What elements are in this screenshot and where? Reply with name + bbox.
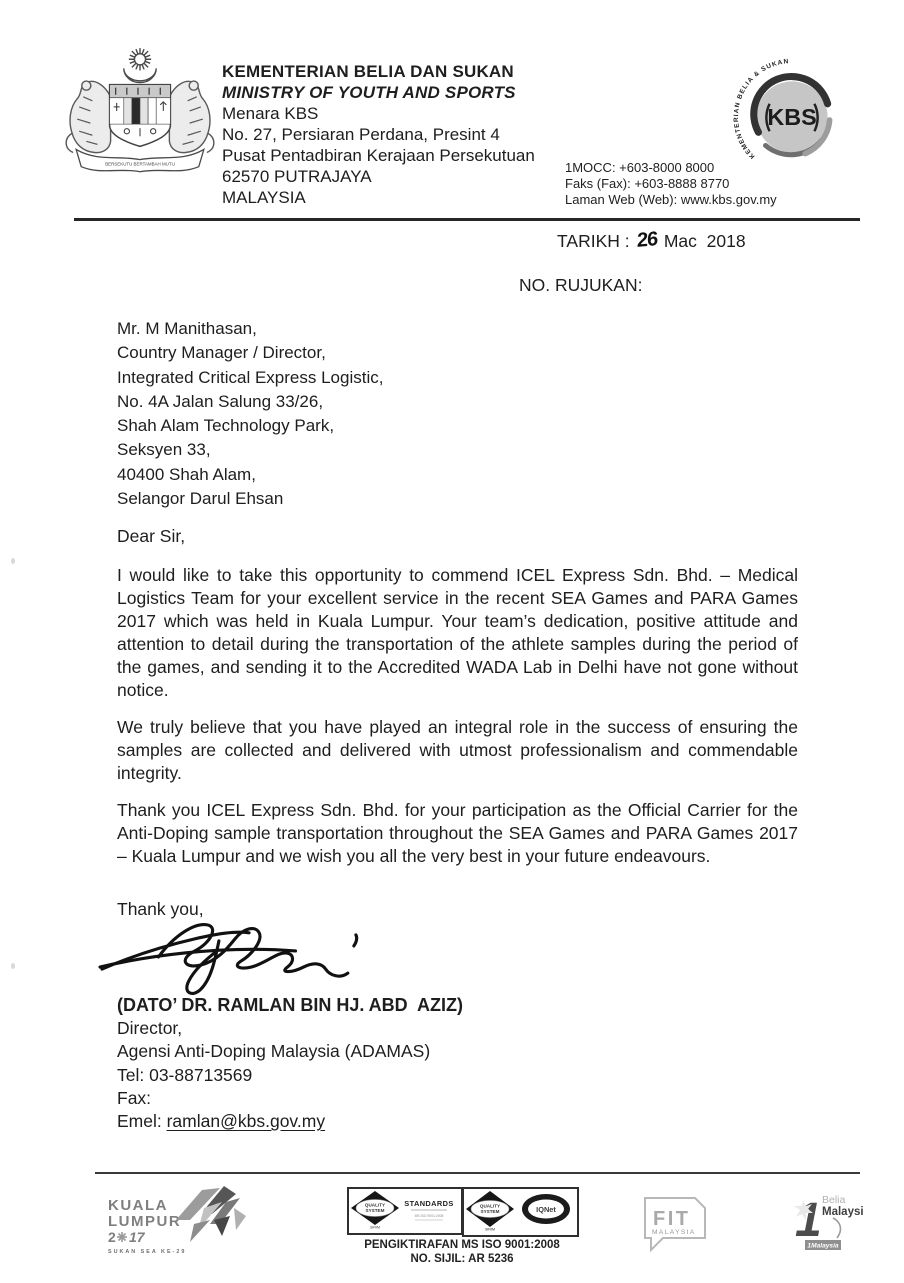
ministry-name-english: MINISTRY OF YOUTH AND SPORTS [222, 82, 535, 103]
handwritten-date-day: 26 [636, 230, 656, 250]
email-link[interactable]: ramlan@kbs.gov.my [167, 1111, 325, 1131]
scan-artifact [11, 558, 15, 564]
fit-malaysia-word: MALAYSIA [652, 1229, 696, 1236]
malaysia-coat-of-arms: BERSEKUTU BERTAMBAH MUTU [64, 44, 216, 186]
quality-word: QUALITY [365, 1203, 385, 1208]
signature-scribble [98, 910, 370, 1002]
contact-web: Laman Web (Web): www.kbs.gov.my [565, 192, 777, 208]
body-paragraph-2: We truly believe that you have played an… [117, 716, 798, 785]
address-line: 62570 PUTRAJAYA [222, 166, 535, 187]
date-month-year: Mac 2018 [664, 231, 746, 252]
address-line: Menara KBS [222, 103, 535, 124]
sirim-iqnet-cert-logo: QUALITY SYSTEM SIRIM IQNet [462, 1187, 579, 1237]
iqnet-word: IQNet [536, 1205, 556, 1214]
cert-caption-line1: PENGIKTIRAFAN MS ISO 9001:2008 [336, 1239, 588, 1253]
belia-badge-text: 1Malaysia [807, 1243, 838, 1250]
kl2017-sea-games-logo: KUALA LUMPUR 2 17 SUKAN SEA KE-29 [98, 1186, 258, 1258]
recipient-line: Selangor Darul Ehsan [117, 487, 383, 511]
crest-shield [110, 85, 171, 147]
recipient-line: Country Manager / Director, [117, 341, 383, 365]
belia-word: Belia [822, 1194, 846, 1206]
sirim-iqnet-cert-graphic: QUALITY SYSTEM SIRIM IQNet [464, 1189, 573, 1231]
crest-motto: BERSEKUTU BERTAMBAH MUTU [105, 162, 175, 167]
system-word: SYSTEM [481, 1209, 500, 1214]
footer-divider [95, 1172, 860, 1174]
belia-swoosh [833, 1218, 840, 1238]
sirim-standards-cert-graphic: QUALITY SYSTEM SIRIM STANDARDS MS ISO 90… [349, 1189, 457, 1229]
ministry-address-block: KEMENTERIAN BELIA DAN SUKAN MINISTRY OF … [222, 61, 535, 208]
scan-artifact [11, 963, 15, 969]
standards-word: STANDARDS [404, 1199, 453, 1208]
kbs-logo: KBS KEMENTERIAN BELIA & SUKAN | MINISTRY… [733, 58, 851, 176]
signer-name: (DATO’ DR. RAMLAN BIN HJ. ABD AZIZ) [117, 994, 463, 1017]
sirim-word: SIRIM [485, 1227, 495, 1231]
recipient-address-block: Mr. M Manithasan, Country Manager / Dire… [117, 317, 383, 511]
signer-fax: Fax: [117, 1087, 463, 1110]
date-line: TARIKH : 26 Mac 2018 [557, 231, 746, 252]
kl2017-graphic [176, 1186, 246, 1242]
contact-block: 1MOCC: +603-8000 8000 Faks (Fax): +603-8… [565, 160, 777, 208]
belia-malaysia-logo: 1 Belia Malaysia 1Malaysia [793, 1190, 863, 1254]
recipient-line: Mr. M Manithasan, [117, 317, 383, 341]
body-paragraph-3: Thank you ICEL Express Sdn. Bhd. for you… [117, 799, 798, 868]
belia-malaysia-word: Malaysia [822, 1206, 863, 1218]
kl2017-tagline: SUKAN SEA KE-29 [108, 1249, 186, 1255]
recipient-line: Seksyen 33, [117, 438, 383, 462]
fit-word: FIT [653, 1208, 691, 1230]
standards-subtext: MS ISO 9001:2008 [415, 1214, 444, 1218]
address-line: Pusat Pentadbiran Kerajaan Persekutuan [222, 145, 535, 166]
crest-star-crescent [124, 48, 156, 82]
address-line: MALAYSIA [222, 187, 535, 208]
sirim-word: SIRIM [370, 1225, 380, 1229]
sirim-standards-cert-logo: QUALITY SYSTEM SIRIM STANDARDS MS ISO 90… [347, 1187, 463, 1235]
recipient-line: Shah Alam Technology Park, [117, 414, 383, 438]
kl2017-year-left: 2 [108, 1229, 116, 1245]
kl2017-line1: KUALA [108, 1197, 168, 1214]
letterhead-divider [74, 218, 860, 221]
scanned-letter-page: BERSEKUTU BERTAMBAH MUTU KEMENTERIAN BEL… [0, 0, 904, 1283]
signer-telephone: Tel: 03-88713569 [117, 1064, 463, 1087]
salutation: Dear Sir, [117, 526, 185, 547]
address-line: No. 27, Persiaran Perdana, Presint 4 [222, 124, 535, 145]
email-label: Emel: [117, 1111, 162, 1131]
recipient-line: 40400 Shah Alam, [117, 463, 383, 487]
kl2017-line2: LUMPUR [108, 1213, 181, 1230]
body-paragraph-1: I would like to take this opportunity to… [117, 564, 798, 702]
recipient-line: Integrated Critical Express Logistic, [117, 366, 383, 390]
contact-phone: 1MOCC: +603-8000 8000 [565, 160, 777, 176]
signer-block: (DATO’ DR. RAMLAN BIN HJ. ABD AZIZ) Dire… [117, 994, 463, 1133]
kbs-logo-center-text: KBS [767, 104, 816, 130]
recipient-line: No. 4A Jalan Salung 33/26, [117, 390, 383, 414]
date-label: TARIKH : [557, 231, 630, 252]
signer-title: Director, [117, 1017, 463, 1040]
cert-caption-line2: NO. SIJIL: AR 5236 [336, 1253, 588, 1267]
ministry-name-malay: KEMENTERIAN BELIA DAN SUKAN [222, 61, 535, 82]
belia-numeral: 1 [795, 1194, 822, 1247]
reference-number-label: NO. RUJUKAN: [519, 275, 642, 296]
kl2017-flower-zero [117, 1232, 127, 1242]
fit-malaysia-logo: FIT MALAYSIA [637, 1192, 711, 1254]
system-word: SYSTEM [366, 1208, 385, 1213]
kl2017-year-right: 17 [129, 1229, 146, 1245]
signer-organisation: Agensi Anti-Doping Malaysia (ADAMAS) [117, 1040, 463, 1063]
signer-email-line: Emel: ramlan@kbs.gov.my [117, 1110, 463, 1133]
contact-fax: Faks (Fax): +603-8888 8770 [565, 176, 777, 192]
quality-word: QUALITY [480, 1204, 500, 1209]
certification-caption: PENGIKTIRAFAN MS ISO 9001:2008 NO. SIJIL… [336, 1239, 588, 1266]
